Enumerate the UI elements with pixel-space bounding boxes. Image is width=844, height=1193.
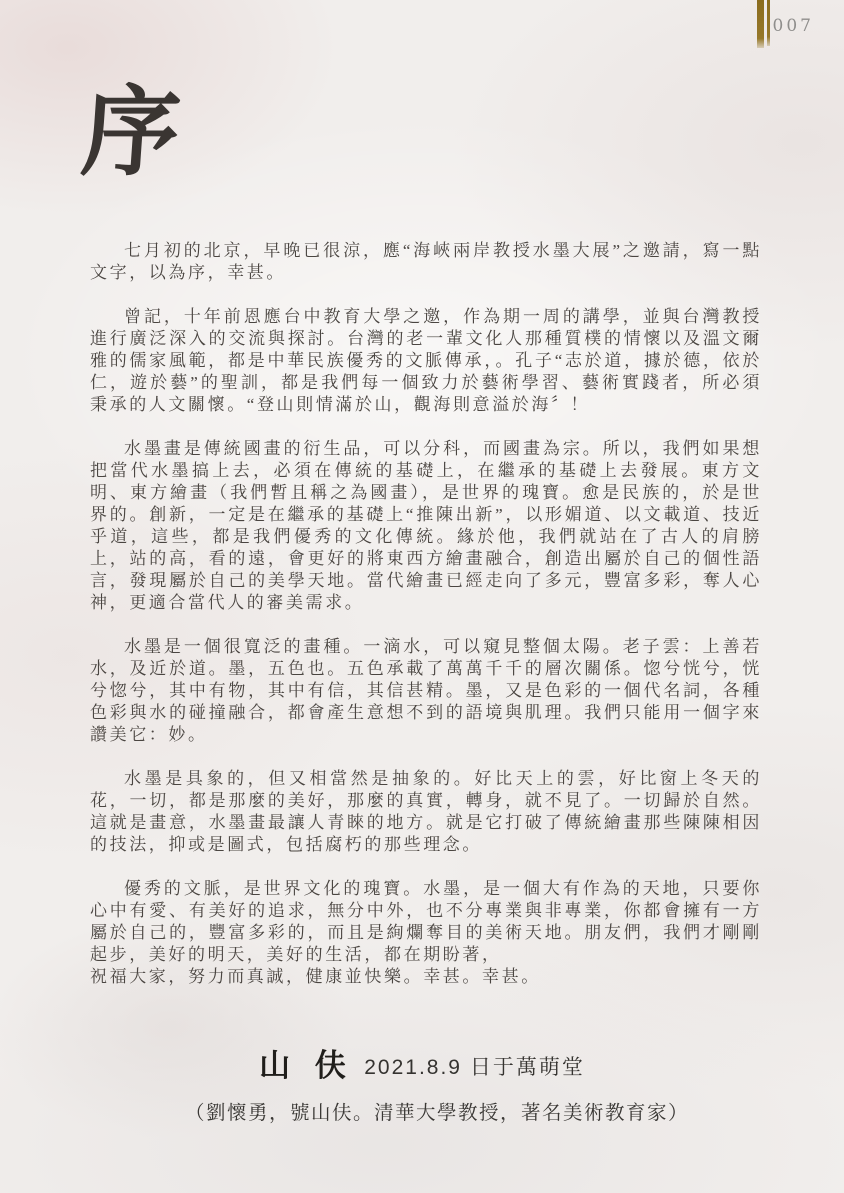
author-bio: （劉懷勇，號山伕。清華大學教授，著名美術教育家） [0,1097,844,1125]
book-page: 007 序 七月初的北京，早晚已很涼，應“海峽兩岸教授水墨大展”之邀請，寫一點文… [0,0,844,1193]
page-title: 序 [79,84,184,182]
preface-body: 七月初的北京，早晚已很涼，應“海峽兩岸教授水墨大展”之邀請，寫一點文字，以為序，… [90,240,762,1010]
corner-accent-bars [757,0,770,48]
paragraph: 優秀的文脈，是世界文化的瑰寶。水墨，是一個大有作為的天地，只要你心中有愛、有美好… [90,878,762,988]
author-name: 山 伕 [259,1040,354,1085]
paragraph: 水墨是一個很寬泛的畫種。一滴水，可以窺見整個太陽。老子雲：上善若水，及近於道。墨… [90,636,762,746]
paragraph: 水墨畫是傳統國畫的衍生品，可以分科，而國畫為宗。所以，我們如果想把當代水墨搞上去… [90,438,762,614]
paragraph: 曾記，十年前恩應台中教育大學之邀，作為期一周的講學，並與台灣教授進行廣泛深入的交… [90,306,762,416]
accent-bar-thin [767,0,770,46]
paragraph: 水墨是具象的，但又相當然是抽象的。好比天上的雲，好比窗上冬天的花，一切，都是那麼… [90,768,762,856]
paragraph: 七月初的北京，早晚已很涼，應“海峽兩岸教授水墨大展”之邀請，寫一點文字，以為序，… [90,240,762,284]
accent-bar-thick [757,0,764,48]
signature-date-place: 2021.8.9 日于萬萌堂 [364,1051,585,1081]
page-number: 007 [773,16,814,36]
signature-block: 山 伕 2021.8.9 日于萬萌堂 （劉懷勇，號山伕。清華大學教授，著名美術教… [0,1040,844,1125]
signature-line: 山 伕 2021.8.9 日于萬萌堂 [0,1040,844,1085]
